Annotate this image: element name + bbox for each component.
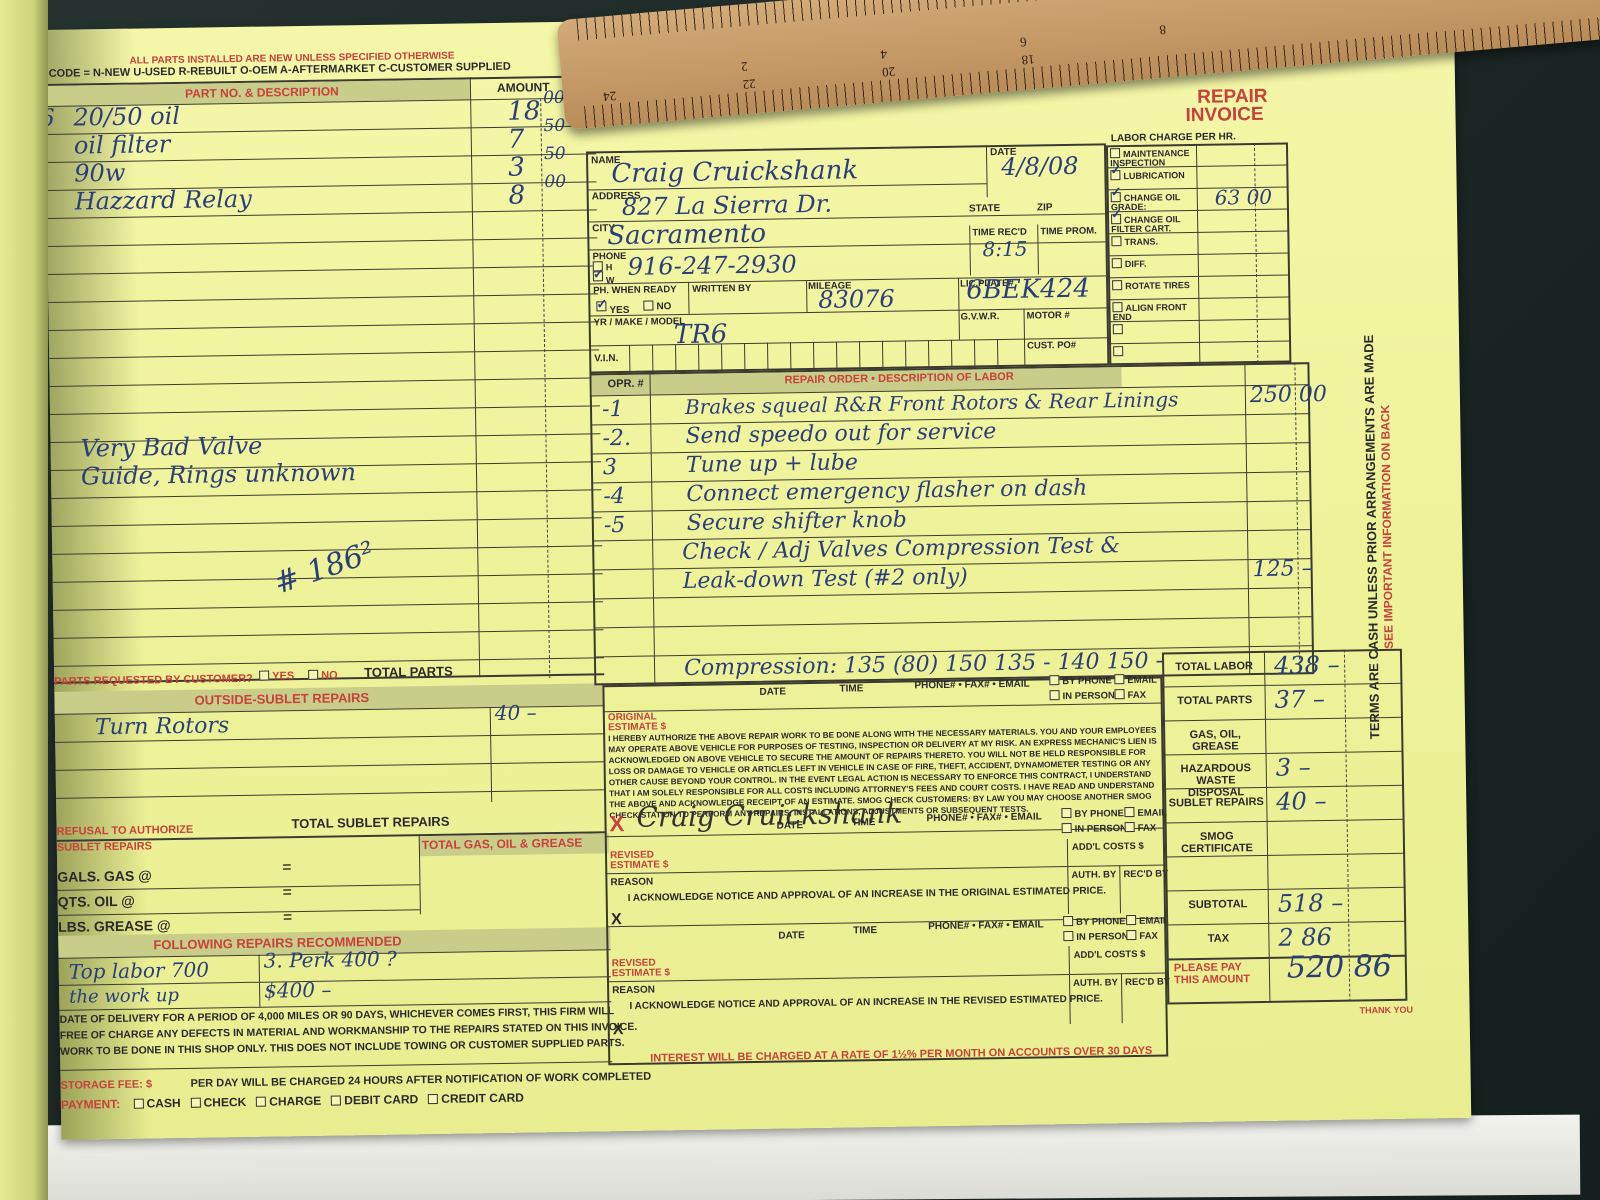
est-contact-label: PHONE# • FAX# • EMAIL [914,679,1030,692]
labor-description: Secure shifter knob [687,508,907,536]
total-value: 37 – [1274,685,1325,714]
service-item[interactable]: CHANGE OIL FILTER CART. [1111,213,1195,234]
grease-label: LBS. GREASE @ [58,917,171,935]
equals-sign: = [282,884,292,902]
recommended-item: Top labor 700 [69,958,210,984]
recommended-item: $400 – [264,978,332,1003]
total-value: 518 – [1278,889,1344,918]
equals-sign: = [283,909,293,927]
auth-by-label-2: AUTH. BY [1073,977,1118,989]
rev2-date-label: DATE [778,930,805,941]
state-label: STATE [969,203,1000,214]
sign-x-revised-2[interactable]: X [613,1021,624,1039]
rev1-by-phone[interactable]: BY PHONE [1061,807,1124,820]
service-item[interactable] [1113,323,1197,335]
total-value: 40 – [1276,787,1327,816]
payment-option-label: CREDIT CARD [441,1091,524,1106]
date-value[interactable]: 4/8/08 [1001,152,1079,181]
lic-plate-value[interactable]: 6BEK424 [966,274,1090,306]
service-item[interactable]: MAINTENANCE INSPECTION [1110,147,1194,168]
auth-by-label: AUTH. BY [1071,869,1116,881]
customer-name[interactable]: Craig Cruickshank [611,155,858,189]
motor-label: MOTOR # [1027,310,1070,322]
oil-label: QTS. OIL @ [58,893,135,910]
gas-label: GALS. GAS @ [57,867,152,884]
total-label: SUBLET REPAIRS [1168,796,1264,810]
storage-fee-text: PER DAY WILL BE CHARGED 24 HOURS AFTER N… [190,1071,651,1090]
ruler-number: 4 [880,46,888,63]
cust-po-label: CUST. PO# [1027,340,1076,352]
equals-sign: = [282,859,292,877]
est-by-phone[interactable]: BY PHONE [1049,674,1112,687]
labor-amount: 125 – [1252,556,1312,582]
total-sublet-label: TOTAL SUBLET REPAIRS [291,814,449,831]
amount-header: AMOUNT [497,80,550,95]
rev1-date-label: DATE [777,820,804,831]
yr-make-value[interactable]: TR6 [674,319,728,350]
ruler-number: 20 [881,63,895,80]
part-cents: 00 [544,172,566,192]
time-prom-label: TIME PROM. [1040,225,1097,237]
labor-opr: 3 [603,455,617,480]
labor-opr: -2. [602,426,631,451]
labor-description: Tune up + lube [686,450,858,478]
payment-option-label: CASH [146,1096,180,1111]
sublet-item-description: Turn Rotors [95,713,230,740]
revised-estimate-label-2[interactable]: REVISED ESTIMATE $ [612,958,672,979]
pay-amount: 520 86 [1287,949,1393,986]
part-dollars: 7 [508,124,525,154]
gog-header: TOTAL GAS, OIL & GREASE [422,836,583,853]
est-date-label: DATE [759,686,786,697]
payment-option-label: CHECK [203,1095,246,1110]
labor-charge-label: LABOR CHARGE PER HR. [1111,131,1236,144]
rev1-in-person[interactable]: IN PERSON [1062,822,1127,835]
total-label: TAX [1170,932,1266,946]
service-label: ROTATE TIRES [1125,280,1190,291]
part-description: 90w [74,159,126,188]
ruler-number: 18 [1021,51,1035,68]
total-label: TOTAL PARTS [1167,694,1263,708]
repair-invoice-form: ALL PARTS INSTALLED ARE NEW UNLESS SPECI… [44,8,1471,1140]
service-item[interactable]: ALIGN FRONT END [1112,301,1196,322]
total-value: 3 – [1276,753,1311,782]
est-fax[interactable]: FAX [1114,689,1146,701]
service-item[interactable]: ROTATE TIRES [1112,279,1196,291]
service-label: ALIGN FRONT END [1113,302,1188,322]
vin-label: V.I.N. [594,353,618,364]
sublet-header: OUTSIDE-SUBLET REPAIRS [194,690,369,708]
total-label: GAS, OIL, GREASE [1167,728,1263,754]
service-item[interactable]: TRANS. [1111,235,1195,247]
part-description: Hazzard Relay [74,185,252,216]
revised-estimate-label[interactable]: REVISED ESTIMATE $ [610,850,670,871]
service-checkbox[interactable] [1113,324,1123,334]
est-in-person[interactable]: IN PERSON [1049,689,1114,702]
total-parts-label-left: TOTAL PARTS [364,664,453,680]
service-checkbox[interactable] [1111,214,1121,224]
sublet-item-amount: 40 – [495,700,537,725]
part-dollars: 8 [508,180,525,210]
service-checkbox[interactable] [1111,192,1121,202]
ruler-number: 2 [740,58,748,75]
total-label: TOTAL LABOR [1166,660,1262,674]
total-label: SMOG CERTIFICATE [1169,830,1265,856]
payment-option[interactable]: CREDIT CARD [428,1091,524,1107]
addl-costs-label-2: ADD'L COSTS $ [1074,949,1146,961]
rev1-contact-label: PHONE# • FAX# • EMAIL [926,811,1042,824]
see-back-text: SEE IMPORTANT INFORMATION ON BACK [1378,405,1396,649]
parts-note-2: Guide, Rings unknown [81,458,356,490]
rev2-time-label: TIME [853,925,877,936]
est-email[interactable]: EMAIL [1114,674,1157,687]
payment-checkbox[interactable] [256,1097,266,1107]
rev2-by-phone[interactable]: BY PHONE [1063,915,1126,928]
service-label: LUBRICATION [1123,170,1184,181]
recd-by-label-2: REC'D BY [1125,976,1170,988]
payment-checkbox[interactable] [428,1094,438,1104]
original-estimate-label[interactable]: ORIGINAL ESTIMATE $ [608,712,668,733]
payment-checkbox[interactable] [133,1099,143,1109]
total-value: 438 – [1274,651,1340,680]
invoice-title-2: INVOICE [1185,104,1263,127]
pay-label: PLEASE PAY THIS AMOUNT [1174,961,1254,986]
ruler-number: 8 [1159,21,1167,38]
storage-fee-label: STORAGE FEE: $ [60,1078,152,1091]
recommended-item: 3. Perk 400 ? [263,947,396,973]
rev1-time-label: TIME [851,817,875,828]
service-label: DIFF. [1125,259,1147,269]
rev2-email[interactable]: EMAIL [1126,914,1169,927]
reason-label-2[interactable]: REASON [612,985,655,997]
total-value: 2 86 [1278,923,1332,952]
part-dollars: 18 [507,96,541,127]
parts-requested-label: PARTS REQUESTED BY CUSTOMER? [54,673,253,688]
part-cents: 50 [544,144,566,164]
service-item[interactable]: LUBRICATION [1110,169,1194,181]
payment-option[interactable]: DEBIT CARD [331,1092,418,1107]
service-checkbox[interactable] [1113,346,1123,356]
payment-option-label: CHARGE [269,1094,321,1109]
payment-option-label: DEBIT CARD [344,1092,418,1107]
labor-opr: -1 [602,397,624,422]
recd-by-label: REC'D BY [1123,868,1168,880]
zip-label: ZIP [1037,202,1053,213]
opr-header: OPR. # [608,378,644,391]
service-checkbox[interactable] [1112,258,1122,268]
parts-header: PART NO. & DESCRIPTION [185,84,339,100]
labor-description: Leak-down Test (#2 only) [683,565,968,594]
yr-make-label: YR / MAKE / MODEL [594,316,685,328]
rev2-in-person[interactable]: IN PERSON [1063,930,1128,943]
sign-x-original: X [609,811,624,837]
authorize-label: REFUSAL TO AUTHORIZE [57,824,194,838]
payment-option[interactable]: CASH [133,1096,180,1111]
service-checkbox[interactable] [1110,148,1120,158]
mileage-value[interactable]: 83076 [818,285,895,314]
recommended-item: the work up [69,985,179,1008]
part-description: oil filter [74,130,171,160]
part-cents: 50 [543,116,565,136]
labor-description: Send speedo out for service [685,419,996,449]
part-description: 20/50 oil [73,102,180,132]
service-amount: 63 00 [1215,185,1273,210]
authorize-label-2: SUBLET REPAIRS [57,840,152,853]
phone-value[interactable]: 916-247-2930 [628,250,797,281]
total-label: HAZARDOUS WASTE DISPOSAL [1168,762,1265,800]
service-checkbox[interactable] [1111,236,1121,246]
labor-opr: -5 [604,513,626,538]
service-checkbox[interactable] [1110,170,1120,180]
service-item[interactable] [1113,345,1197,357]
yes-checkbox[interactable] [259,671,269,681]
part-dollars: 3 [508,152,525,182]
no-checkbox[interactable] [308,670,318,680]
ruler-number: 24 [603,88,617,105]
rev2-contact-label: PHONE# • FAX# • EMAIL [928,919,1044,932]
service-item[interactable]: CHANGE OIL GRADE: [1111,191,1195,212]
payment-checkbox[interactable] [190,1098,200,1108]
est-time-label: TIME [839,683,863,694]
service-label: TRANS. [1124,237,1158,248]
left-page-edge [0,0,48,1200]
payment-label: PAYMENT: [61,1097,121,1112]
total-label: SUBTOTAL [1170,898,1266,912]
payment-options: PAYMENT: CASHCHECKCHARGEDEBIT CARDCREDIT… [61,1091,524,1112]
reason-label[interactable]: REASON [610,877,653,889]
payment-checkbox[interactable] [331,1095,341,1105]
written-by-label: WRITTEN BY [692,283,751,295]
labor-amount: 250 00 [1250,382,1327,408]
service-item[interactable]: DIFF. [1112,257,1196,269]
payment-option[interactable]: CHECK [190,1095,246,1110]
rev2-fax[interactable]: FAX [1126,930,1158,942]
payment-option[interactable]: CHARGE [256,1094,321,1109]
ruler-number: 22 [742,75,756,92]
ph-ready-label: PH. WHEN READY [593,284,677,296]
gvwr-label: G.V.W.R. [961,311,1000,323]
rev1-email[interactable]: EMAIL [1124,806,1167,819]
service-checkbox[interactable] [1112,280,1122,290]
parts-note-1: Very Bad Valve [80,432,262,463]
service-checkbox[interactable] [1112,302,1122,312]
rev1-fax[interactable]: FAX [1125,822,1157,834]
ph-ready-no[interactable]: NO [643,300,671,312]
labor-opr: -4 [603,484,625,509]
addl-costs-label: ADD'L COSTS $ [1072,841,1144,853]
ruler-number: 6 [1019,34,1027,51]
address-value[interactable]: 827 La Sierra Dr. [622,190,833,221]
parts-requested-yes[interactable]: YES [259,670,294,683]
thank-you: THANK YOU [1359,1005,1412,1016]
time-recd-value[interactable]: 8:15 [982,237,1027,262]
parts-requested-no[interactable]: NO [308,669,338,681]
